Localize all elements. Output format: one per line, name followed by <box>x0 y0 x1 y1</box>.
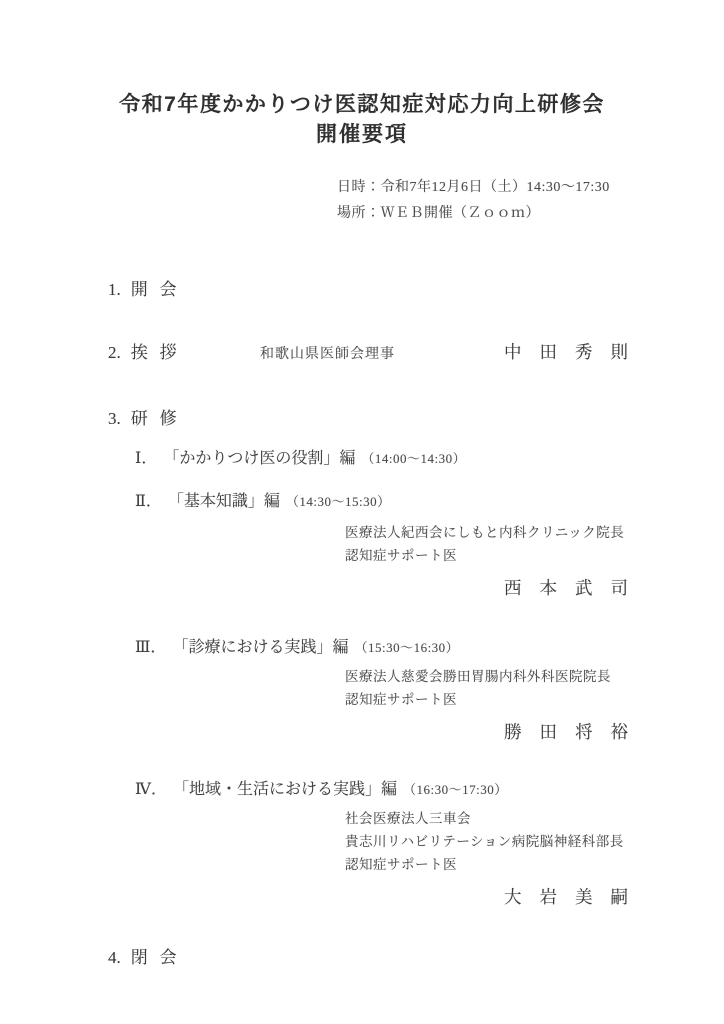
event-meta: 日時：令和7年12月6日（土）14:30～17:30 場所：ＷＥＢ開催（Ｚｏｏｍ… <box>337 175 628 227</box>
session-numeral: Ⅰ． <box>135 445 157 468</box>
session-title: 「基本知識」編 <box>168 493 280 510</box>
agenda-item-closing: 4.閉会 <box>108 943 628 968</box>
agenda-item-greeting: 2.挨拶 和歌山県医師会理事 中田秀則 <box>108 338 628 364</box>
agenda-label: 閉会 <box>131 948 189 967</box>
speaker-affiliation: 社会医療法人三車会 <box>345 807 628 830</box>
session-title: 「地域・生活における実践」編 <box>173 781 397 798</box>
agenda-label: 研修 <box>131 409 189 428</box>
agenda-number: 3. <box>108 409 121 429</box>
session-numeral: Ⅳ． <box>135 776 167 799</box>
speaker-name: 西本武司 <box>504 575 646 600</box>
event-venue: 場所：ＷＥＢ開催（Ｚｏｏｍ） <box>337 201 628 227</box>
agenda-label: 開会 <box>131 280 189 299</box>
speaker-affiliation: 認知症サポート医 <box>345 853 628 876</box>
session-2-speaker-credits: 医療法人紀西会にしもと内科クリニック院長 認知症サポート医 <box>345 521 628 567</box>
session-4-speaker-name-line: 大岩美嗣 <box>108 884 628 909</box>
session-time: （16:30～17:30） <box>403 782 508 797</box>
session-3-speaker-name-line: 勝田将裕 <box>108 719 628 744</box>
agenda-item-greeting-head: 2.挨拶 <box>108 338 260 363</box>
session-3-speaker-credits: 医療法人慈愛会勝田胃腸内科外科医院院長 認知症サポート医 <box>345 665 628 711</box>
speaker-name: 勝田将裕 <box>504 719 646 744</box>
speaker-affiliation: 認知症サポート医 <box>345 544 628 567</box>
agenda-number: 2. <box>108 343 121 363</box>
speaker-name: 大岩美嗣 <box>504 884 646 909</box>
session-1-title-line: Ⅰ．「かかりつけ医の役割」編（14:00～14:30） <box>135 445 628 468</box>
session-3-title-line: Ⅲ．「診療における実践」編（15:30～16:30） <box>135 634 628 657</box>
agenda-label: 挨拶 <box>131 343 189 362</box>
speaker-affiliation: 医療法人慈愛会勝田胃腸内科外科医院院長 <box>345 665 628 688</box>
event-datetime: 日時：令和7年12月6日（土）14:30～17:30 <box>337 175 628 201</box>
session-title: 「かかりつけ医の役割」編 <box>163 450 355 467</box>
greeting-speaker-name: 中田秀則 <box>504 339 646 364</box>
agenda-number: 1. <box>108 280 121 300</box>
speaker-affiliation: 医療法人紀西会にしもと内科クリニック院長 <box>345 521 628 544</box>
agenda-item-training: 3.研修 <box>108 404 628 429</box>
session-4-title-line: Ⅳ．「地域・生活における実践」編（16:30～17:30） <box>135 776 628 799</box>
document-title: 令和7年度かかりつけ医認知症対応力向上研修会 開催要項 <box>96 90 628 151</box>
title-line-2: 開催要項 <box>96 120 628 150</box>
greeting-speaker-affiliation: 和歌山県医師会理事 <box>260 343 504 363</box>
session-2-title-line: Ⅱ．「基本知識」編（14:30～15:30） <box>135 488 628 511</box>
session-numeral: Ⅲ． <box>135 634 166 657</box>
session-4-speaker-credits: 社会医療法人三車会 貴志川リハビリテーション病院脳神経科部長 認知症サポート医 <box>345 807 628 876</box>
session-2-speaker-name-line: 西本武司 <box>108 575 628 600</box>
session-numeral: Ⅱ． <box>135 488 162 511</box>
agenda-number: 4. <box>108 948 121 968</box>
speaker-affiliation: 貴志川リハビリテーション病院脳神経科部長 <box>345 830 628 853</box>
scanned-document-page: 令和7年度かかりつけ医認知症対応力向上研修会 開催要項 日時：令和7年12月6日… <box>0 0 724 1024</box>
session-time: （15:30～16:30） <box>354 640 459 655</box>
agenda-item-opening: 1.開会 <box>108 275 628 300</box>
speaker-affiliation: 認知症サポート医 <box>345 688 628 711</box>
session-time: （14:00～14:30） <box>361 451 466 466</box>
session-title: 「診療における実践」編 <box>172 639 348 656</box>
session-time: （14:30～15:30） <box>286 494 391 509</box>
title-line-1: 令和7年度かかりつけ医認知症対応力向上研修会 <box>96 90 628 120</box>
